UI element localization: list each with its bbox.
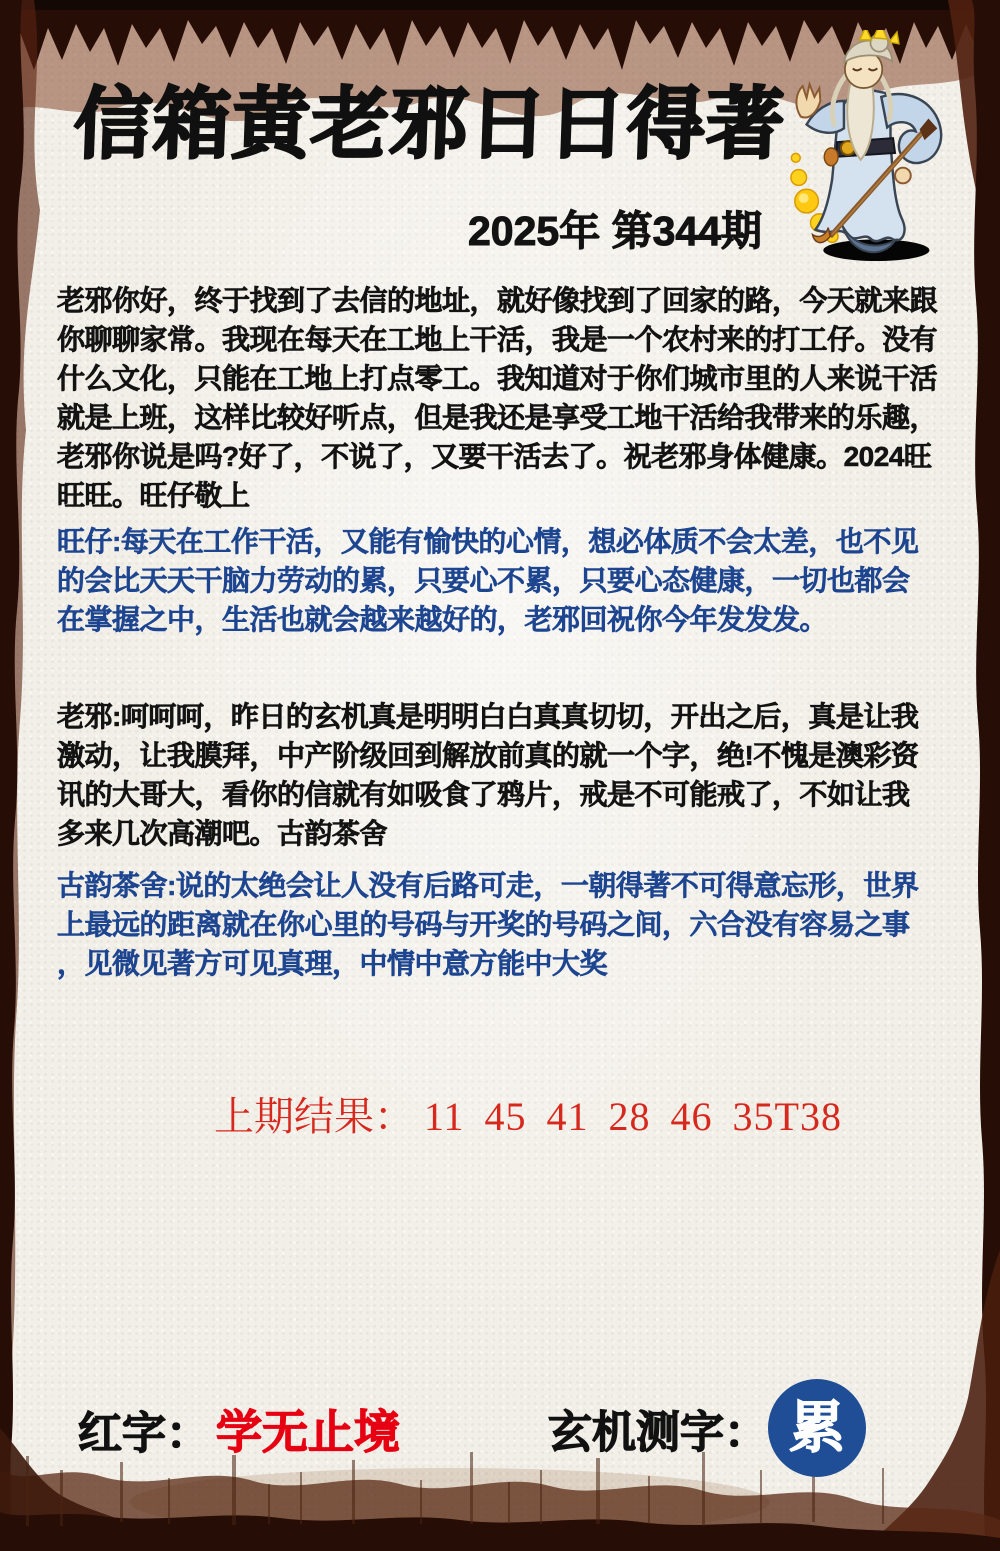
mystic-label: 玄机测字： — [548, 1396, 768, 1460]
laoxie-reply-line: 老邪:呵呵呵，昨日的玄机真是明明白白真真切切，开出之后，真是让我 — [57, 697, 945, 736]
reader-letter: 老邪你好，终于找到了去信的地址，就好像找到了回家的路，今天就来跟 你聊聊家常。我… — [57, 281, 945, 515]
mystic-word-row: 玄机测字： — [548, 1396, 768, 1460]
red-word-label: 红字： — [78, 1397, 210, 1461]
teahouse-reply-line: 上最远的距离就在你心里的号码与开奖的号码之间，六合没有容易之事 — [57, 905, 945, 944]
reader-letter-line: 老邪你说是吗?好了，不说了，又要干活去了。祝老邪身体健康。2024旺 — [57, 437, 945, 476]
reader-letter-line: 就是上班，这样比较好听点，但是我还是享受工地干活给我带来的乐趣， — [57, 398, 945, 437]
wangzai-reply: 旺仔:每天在工作干活，又能有愉快的心情，想必体质不会太差，也不见 的会比天天干脑… — [57, 522, 945, 639]
previous-result-numbers: 11 45 41 28 46 35T38 — [424, 1094, 842, 1139]
previous-result-label: 上期结果： — [214, 1094, 414, 1139]
wizard-mascot-illustration — [783, 30, 955, 268]
teahouse-reply: 古韵茶舍:说的太绝会让人没有后路可走，一朝得著不可得意忘形，世界 上最远的距离就… — [57, 866, 945, 983]
laoxie-reply-line: 讯的大哥大，看你的信就有如吸食了鸦片，戒是不可能戒了，不如让我 — [57, 775, 945, 814]
issue-number: 2025年 第344期 — [468, 198, 762, 257]
wangzai-reply-line: 的会比天天干脑力劳动的累，只要心不累，只要心态健康，一切也都会 — [57, 561, 945, 600]
previous-result-line: 上期结果：11 45 41 28 46 35T38 — [214, 1085, 842, 1142]
laoxie-reply-line: 激动，让我膜拜，中产阶级回到解放前真的就一个字，绝!不愧是澳彩资 — [57, 736, 945, 775]
page-title: 信箱黄老邪日日得著 — [73, 84, 787, 166]
tip-sheet-poster: 信箱黄老邪日日得著 2025年 第344期 — [0, 0, 1000, 1551]
reader-letter-line: 老邪你好，终于找到了去信的地址，就好像找到了回家的路，今天就来跟 — [57, 281, 945, 320]
teahouse-reply-line: 古韵茶舍:说的太绝会让人没有后路可走，一朝得著不可得意忘形，世界 — [57, 866, 945, 905]
wangzai-reply-line: 在掌握之中，生活也就会越来越好的，老邪回祝你今年发发发。 — [57, 600, 945, 639]
red-word-row: 红字：学无止境 — [78, 1396, 400, 1462]
laoxie-reply-line: 多来几次高潮吧。古韵茶舍 — [57, 814, 945, 853]
reader-letter-line: 什么文化，只能在工地上打点零工。我知道对于你们城市里的人来说干活 — [57, 359, 945, 398]
laoxie-reply: 老邪:呵呵呵，昨日的玄机真是明明白白真真切切，开出之后，真是让我 激动，让我膜拜… — [57, 697, 945, 853]
teahouse-reply-line: ，见微见著方可见真理，中情中意方能中大奖 — [57, 944, 945, 983]
mystic-word-char: 累 — [789, 1400, 845, 1456]
wangzai-reply-line: 旺仔:每天在工作干活，又能有愉快的心情，想必体质不会太差，也不见 — [57, 522, 945, 561]
reader-letter-line: 你聊聊家常。我现在每天在工地上干活，我是一个农村来的打工仔。没有 — [57, 320, 945, 359]
red-word-value: 学无止境 — [216, 1396, 400, 1462]
reader-letter-line: 旺旺。旺仔敬上 — [57, 476, 945, 515]
mystic-word-badge: 累 — [768, 1379, 866, 1477]
